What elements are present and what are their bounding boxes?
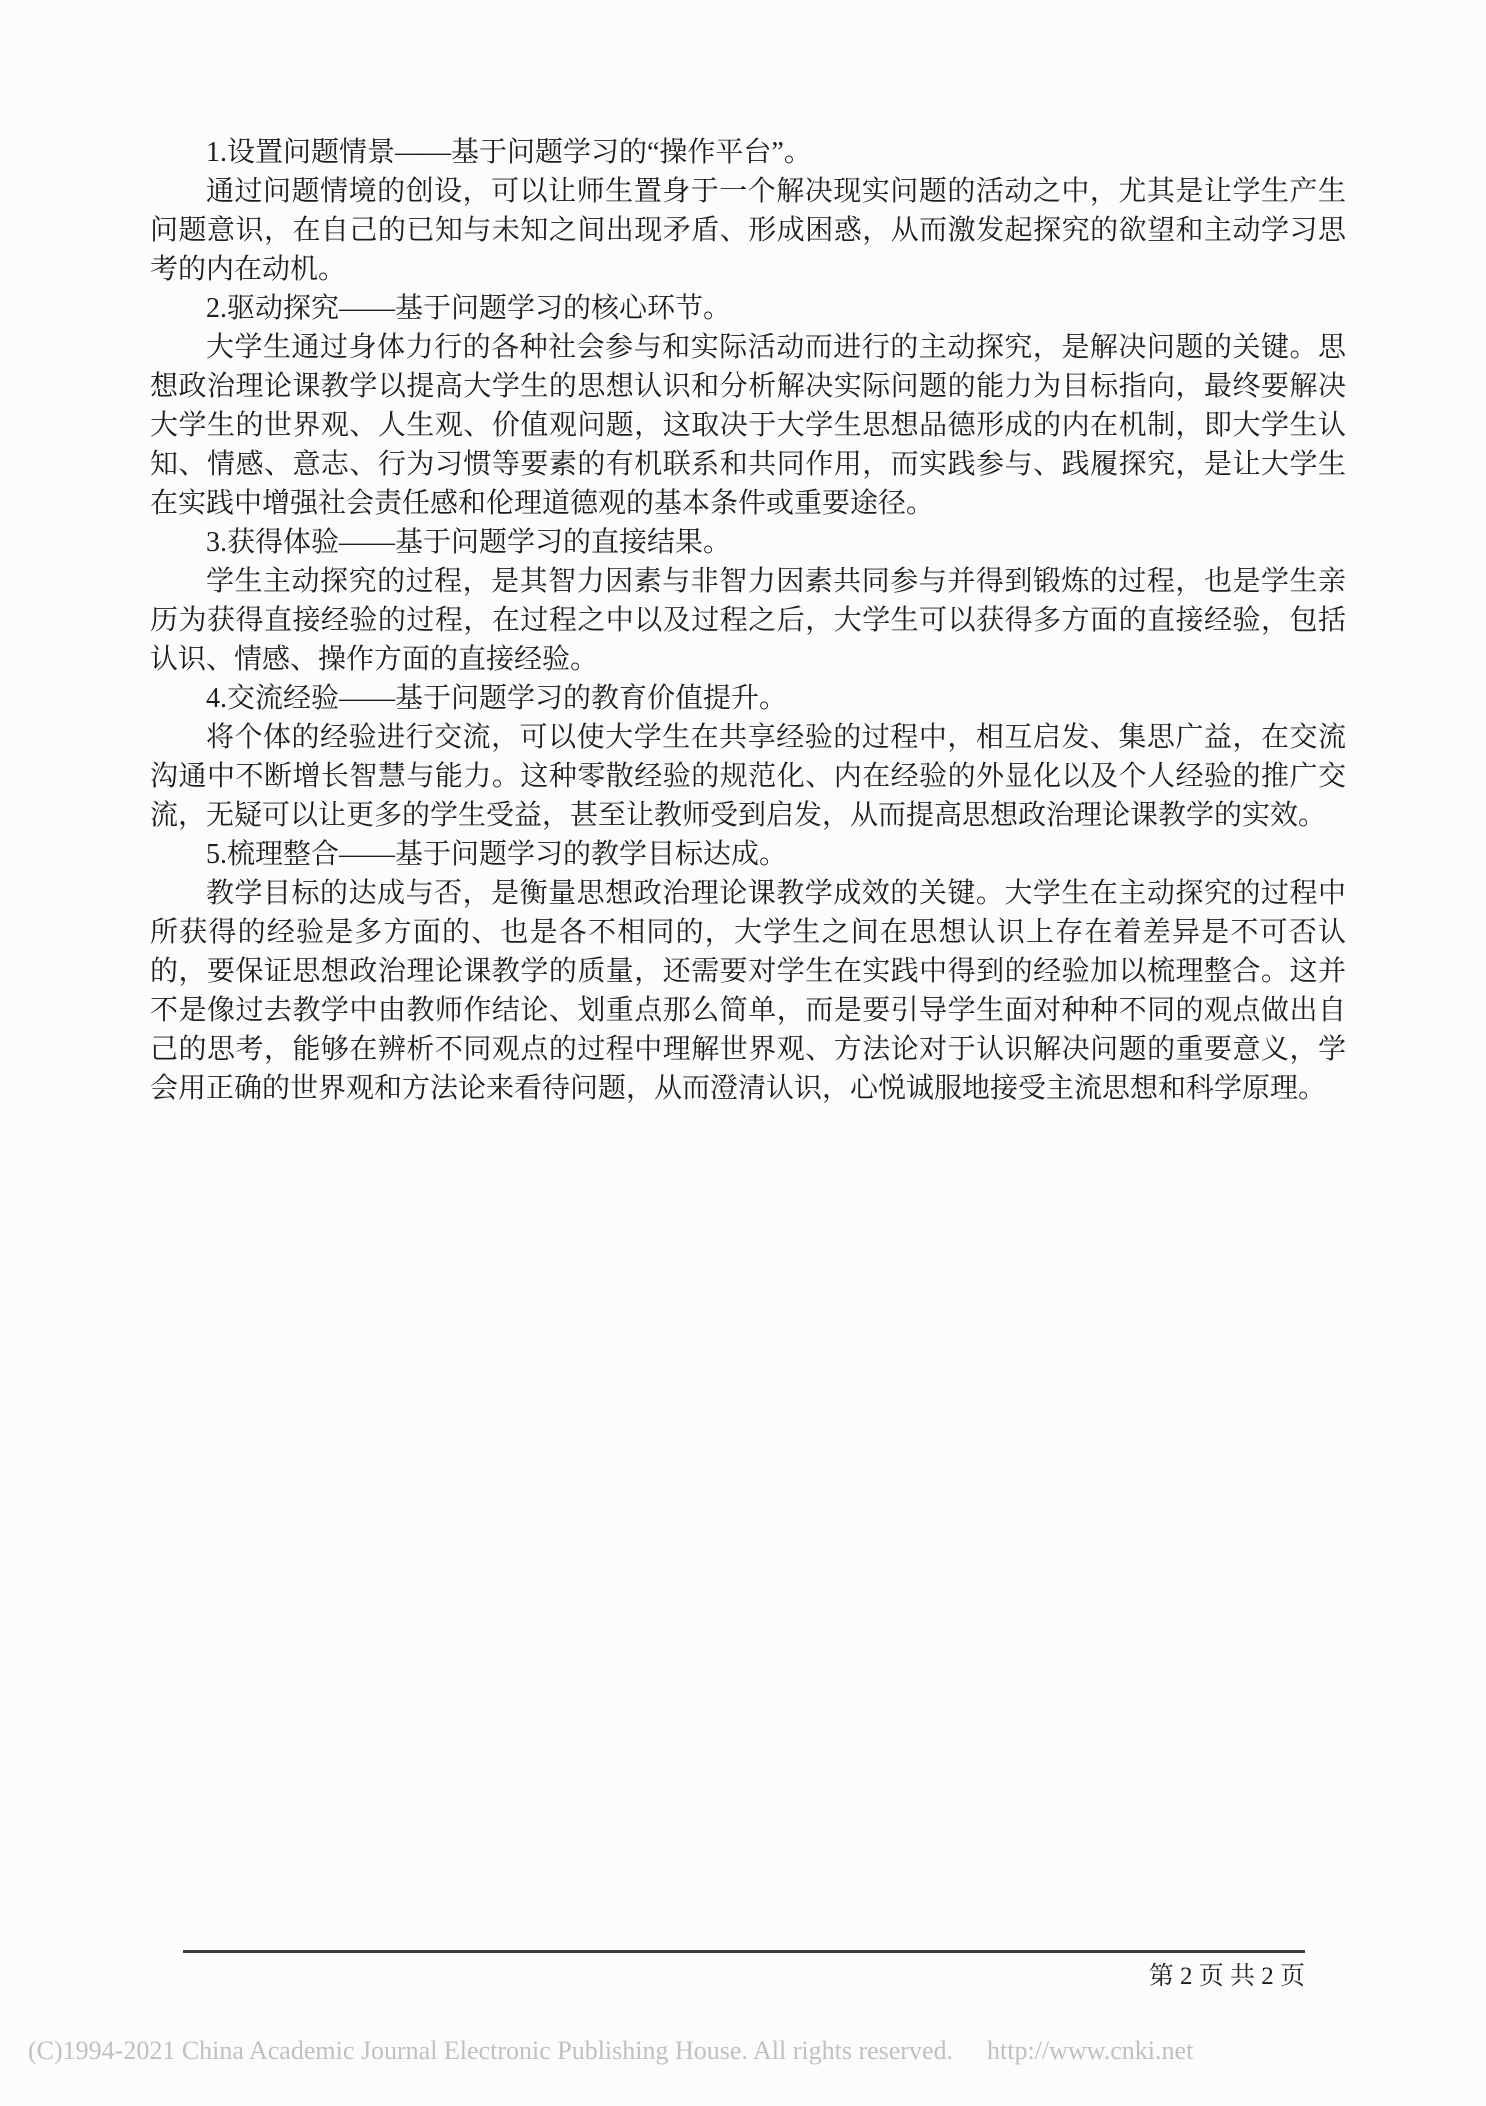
section-4-paragraph: 将个体的经验进行交流，可以使大学生在共享经验的过程中，相互启发、集思广益，在交流… xyxy=(150,718,1346,835)
section-2-paragraph: 大学生通过身体力行的各种社会参与和实际活动而进行的主动探究，是解决问题的关键。思… xyxy=(150,328,1346,523)
section-1-heading: 1.设置问题情景——基于问题学习的“操作平台”。 xyxy=(150,133,1346,172)
section-3-heading: 3.获得体验——基于问题学习的直接结果。 xyxy=(150,523,1346,562)
document-page: 1.设置问题情景——基于问题学习的“操作平台”。 通过问题情境的创设，可以让师生… xyxy=(0,0,1486,2106)
section-1-paragraph: 通过问题情境的创设，可以让师生置身于一个解决现实问题的活动之中，尤其是让学生产生… xyxy=(150,172,1346,289)
footer-divider xyxy=(183,1950,1305,1953)
section-5-paragraph: 教学目标的达成与否，是衡量思想政治理论课教学成效的关键。大学生在主动探究的过程中… xyxy=(150,874,1346,1108)
section-3-paragraph: 学生主动探究的过程，是其智力因素与非智力因素共同参与并得到锻炼的过程，也是学生亲… xyxy=(150,562,1346,679)
section-5-heading: 5.梳理整合——基于问题学习的教学目标达成。 xyxy=(150,835,1346,874)
section-4-heading: 4.交流经验——基于问题学习的教育价值提升。 xyxy=(150,679,1346,718)
section-2-heading: 2.驱动探究——基于问题学习的核心环节。 xyxy=(150,289,1346,328)
page-number: 第 2 页 共 2 页 xyxy=(183,1960,1305,1994)
article-body: 1.设置问题情景——基于问题学习的“操作平台”。 通过问题情境的创设，可以让师生… xyxy=(150,133,1346,1108)
copyright-text: (C)1994-2021 China Academic Journal Elec… xyxy=(28,2036,953,2065)
publisher-url: http://www.cnki.net xyxy=(987,2036,1193,2065)
copyright-notice: (C)1994-2021 China Academic Journal Elec… xyxy=(28,2034,1193,2068)
